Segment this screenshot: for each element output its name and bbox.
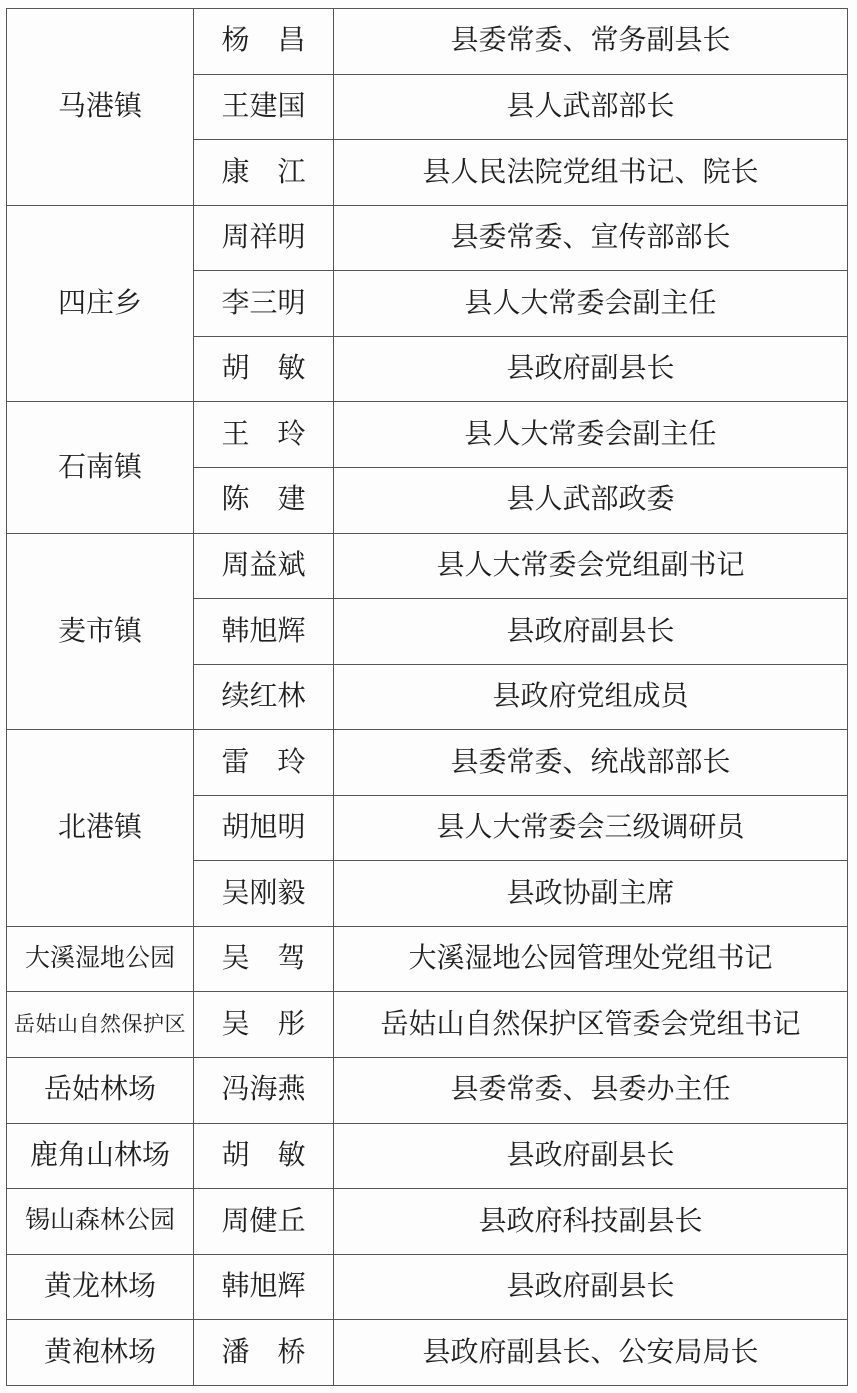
position-cell: 岳姑山自然保护区管委会党组书记 — [334, 992, 848, 1058]
position-cell: 县政府副县长 — [334, 336, 848, 402]
name-cell: 续红林 — [194, 664, 334, 730]
position-cell: 县政府副县长 — [334, 599, 848, 665]
position-cell: 县政府科技副县长 — [334, 1189, 848, 1255]
position-cell: 县政府党组成员 — [334, 664, 848, 730]
table-row: 岳姑山自然保护区吴 彤岳姑山自然保护区管委会党组书记 — [7, 992, 848, 1058]
name-cell: 吴刚毅 — [194, 861, 334, 927]
table-row: 锡山森林公园周健丘县政府科技副县长 — [7, 1189, 848, 1255]
location-cell: 岳姑山自然保护区 — [7, 992, 194, 1058]
name-cell: 王建国 — [194, 74, 334, 140]
table-row: 鹿角山林场胡 敏县政府副县长 — [7, 1123, 848, 1189]
position-cell: 县委常委、宣传部部长 — [334, 205, 848, 271]
name-cell: 周益斌 — [194, 533, 334, 599]
name-cell: 陈 建 — [194, 467, 334, 533]
position-cell: 县人大常委会三级调研员 — [334, 795, 848, 861]
position-cell: 县人武部部长 — [334, 74, 848, 140]
table-row: 大溪湿地公园吴 驾大溪湿地公园管理处党组书记 — [7, 926, 848, 992]
location-cell: 岳姑林场 — [7, 1058, 194, 1124]
table-row: 四庄乡周祥明县委常委、宣传部部长 — [7, 205, 848, 271]
name-cell: 吴 彤 — [194, 992, 334, 1058]
location-cell: 大溪湿地公园 — [7, 926, 194, 992]
table-row: 石南镇王 玲县人大常委会副主任 — [7, 402, 848, 468]
position-cell: 县人民法院党组书记、院长 — [334, 140, 848, 206]
position-cell: 县人武部政委 — [334, 467, 848, 533]
position-cell: 县政协副主席 — [334, 861, 848, 927]
table-row: 黄龙林场韩旭辉县政府副县长 — [7, 1254, 848, 1320]
location-cell: 北港镇 — [7, 730, 194, 927]
name-cell: 潘 桥 — [194, 1320, 334, 1386]
location-cell: 锡山森林公园 — [7, 1189, 194, 1255]
assignments-table: 马港镇杨 昌县委常委、常务副县长王建国县人武部部长康 江县人民法院党组书记、院长… — [6, 8, 848, 1386]
table-row: 马港镇杨 昌县委常委、常务副县长 — [7, 9, 848, 75]
position-cell: 县委常委、县委办主任 — [334, 1058, 848, 1124]
document-page: { "page": { "background_color": "#fdfdfd… — [0, 0, 857, 1393]
name-cell: 吴 驾 — [194, 926, 334, 992]
location-cell: 鹿角山林场 — [7, 1123, 194, 1189]
name-cell: 胡 敏 — [194, 336, 334, 402]
table-row: 北港镇雷 玲县委常委、统战部部长 — [7, 730, 848, 796]
position-cell: 县人大常委会副主任 — [334, 402, 848, 468]
name-cell: 胡旭明 — [194, 795, 334, 861]
name-cell: 周健丘 — [194, 1189, 334, 1255]
name-cell: 李三明 — [194, 271, 334, 337]
name-cell: 胡 敏 — [194, 1123, 334, 1189]
location-cell: 石南镇 — [7, 402, 194, 533]
location-cell: 马港镇 — [7, 9, 194, 206]
table-row: 岳姑林场冯海燕县委常委、县委办主任 — [7, 1058, 848, 1124]
location-cell: 四庄乡 — [7, 205, 194, 402]
table-row: 黄袍林场潘 桥县政府副县长、公安局局长 — [7, 1320, 848, 1386]
location-cell: 麦市镇 — [7, 533, 194, 730]
name-cell: 冯海燕 — [194, 1058, 334, 1124]
name-cell: 韩旭辉 — [194, 1254, 334, 1320]
name-cell: 韩旭辉 — [194, 599, 334, 665]
name-cell: 雷 玲 — [194, 730, 334, 796]
location-cell: 黄袍林场 — [7, 1320, 194, 1386]
position-cell: 县人大常委会副主任 — [334, 271, 848, 337]
position-cell: 大溪湿地公园管理处党组书记 — [334, 926, 848, 992]
position-cell: 县政府副县长 — [334, 1123, 848, 1189]
position-cell: 县委常委、统战部部长 — [334, 730, 848, 796]
position-cell: 县政府副县长 — [334, 1254, 848, 1320]
position-cell: 县委常委、常务副县长 — [334, 9, 848, 75]
name-cell: 康 江 — [194, 140, 334, 206]
location-cell: 黄龙林场 — [7, 1254, 194, 1320]
table-row: 麦市镇周益斌县人大常委会党组副书记 — [7, 533, 848, 599]
position-cell: 县政府副县长、公安局局长 — [334, 1320, 848, 1386]
name-cell: 王 玲 — [194, 402, 334, 468]
assignments-table-body: 马港镇杨 昌县委常委、常务副县长王建国县人武部部长康 江县人民法院党组书记、院长… — [7, 9, 848, 1386]
position-cell: 县人大常委会党组副书记 — [334, 533, 848, 599]
name-cell: 周祥明 — [194, 205, 334, 271]
name-cell: 杨 昌 — [194, 9, 334, 75]
